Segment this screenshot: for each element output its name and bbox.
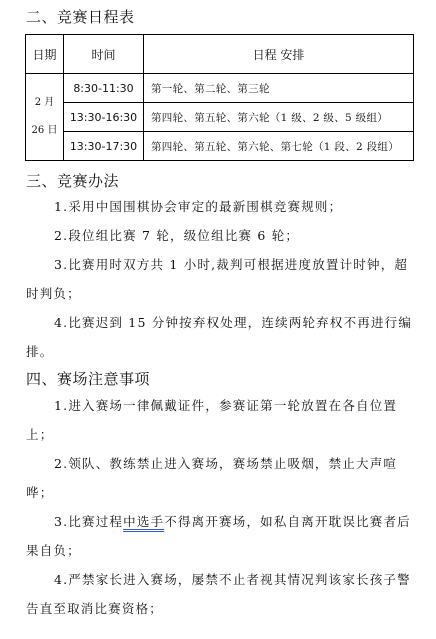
spellcheck-flagged-text[interactable]: 中选手 (123, 514, 164, 529)
arrangement-cell: 第四轮、第五轮、第六轮、第七轮（1 段、2 段组） (144, 132, 414, 161)
section-heading-rules: 三、竞赛办法 (26, 170, 119, 191)
table-header-row: 日期 时间 日程 安排 (26, 35, 414, 74)
notice-item-4: 4.严禁家长进入赛场，屡禁不止者视其情况判该家长孩子警告直至取消比赛资格； (26, 565, 414, 623)
date-cell: 2 月 26 日 (26, 74, 64, 161)
rule-item-3: 3.比赛用时双方共 1 小时,裁判可根据进度放置计时钟，超时判负； (26, 250, 414, 308)
rule-item-4: 4.比赛迟到 15 分钟按弃权处理，连续两轮弃权不再进行编排。 (26, 308, 414, 366)
table-row: 13:30-16:30 第四轮、第五轮、第六轮（1 级、2 级、5 级组） (26, 103, 414, 132)
time-cell: 13:30-17:30 (64, 132, 144, 161)
time-cell: 13:30-16:30 (64, 103, 144, 132)
table-row: 13:30-17:30 第四轮、第五轮、第六轮、第七轮（1 段、2 段组） (26, 132, 414, 161)
date-month: 2 月 (26, 89, 63, 117)
notice-item-3: 3.比赛过程中选手不得离开赛场，如私自离开耽误比赛者后果自负； (26, 507, 414, 565)
notice-item-2: 2.领队、教练禁止进入赛场，赛场禁止吸烟，禁止大声喧哗； (26, 449, 414, 507)
notice-item-1: 1.进入赛场一律佩戴证件，参赛证第一轮放置在各自位置上； (26, 391, 414, 449)
header-date: 日期 (26, 35, 64, 74)
arrangement-cell: 第四轮、第五轮、第六轮（1 级、2 级、5 级组） (144, 103, 414, 132)
table-row: 2 月 26 日 8:30-11:30 第一轮、第二轮、第三轮 (26, 74, 414, 103)
date-day: 26 日 (26, 117, 63, 145)
header-arrangement: 日程 安排 (144, 35, 414, 74)
notice-item-3-pre: 3.比赛过程 (54, 514, 123, 529)
section-heading-notices: 四、赛场注意事项 (26, 368, 150, 389)
rule-item-2: 2.段位组比赛 7 轮，级位组比赛 6 轮； (26, 221, 414, 250)
time-cell: 8:30-11:30 (64, 74, 144, 103)
rule-item-1: 1.采用中国围棋协会审定的最新围棋竞赛规则； (26, 192, 414, 221)
header-time: 时间 (64, 35, 144, 74)
section-heading-schedule: 二、竞赛日程表 (26, 6, 135, 27)
arrangement-cell: 第一轮、第二轮、第三轮 (144, 74, 414, 103)
schedule-table: 日期 时间 日程 安排 2 月 26 日 8:30-11:30 第一轮、第二轮、… (25, 34, 414, 161)
